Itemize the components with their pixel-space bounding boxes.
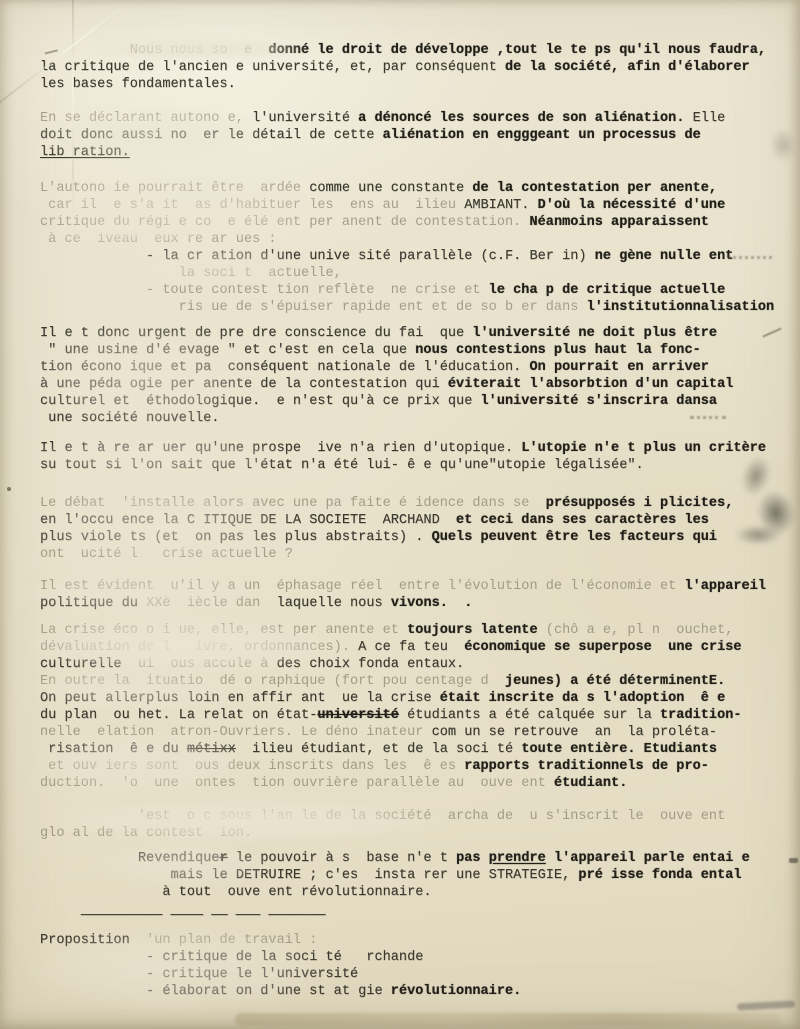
- text-run: - toute contest tion reflète ne crise et: [40, 283, 489, 298]
- text-run: lib ration.: [40, 145, 130, 160]
- text-run: ont ucité l crise actuelle ?: [40, 547, 293, 562]
- text-run: était inscrite da s l'adoption ê e: [440, 691, 726, 706]
- text-run: - élaborat on d'une st at gie: [40, 984, 391, 999]
- text-run: toujours latente: [407, 623, 546, 638]
- text-run: l'université: [252, 111, 358, 126]
- text-run: duction. 'o une ontes tion ouvrière para…: [40, 776, 554, 791]
- text-run: Nous nous so e: [130, 43, 269, 58]
- text-run: Il est évident u'il y a un éphasage réel…: [40, 579, 684, 594]
- text-run: ris ue de s'épuiser rapide ent et de so …: [40, 300, 587, 315]
- text-run: présupposés i plicites,: [546, 496, 734, 511]
- text-run: université: [317, 708, 399, 723]
- text-run: de la contestation per anente,: [472, 181, 717, 196]
- text-run: l'appareil: [684, 579, 766, 594]
- text-run: une société nouvelle.: [40, 411, 219, 426]
- text-run: métixx: [187, 742, 236, 757]
- text-run: éviterait l'absorbtion d'un capital: [448, 377, 734, 392]
- text-run: nous contestions plus haut la fonc-: [415, 343, 701, 358]
- text-run: l'institutionnalisation: [587, 300, 775, 315]
- text-run: culturel et éthodologique. e n'est qu'à …: [40, 394, 481, 409]
- text-run: L'autono ie pourrait être ardée: [40, 181, 309, 196]
- paragraph-2: En se déclarant autono e, l'université a…: [40, 110, 800, 161]
- text-run: ilieu étudiant, et de la soci té: [236, 742, 522, 757]
- text-run: révolutionnaire.: [391, 984, 522, 999]
- paragraph-9: 'est o c sous l'an le de la société arch…: [40, 808, 800, 842]
- text-run: toute entière. Etudiants: [521, 742, 717, 757]
- text-run: On pourrait en arriver: [529, 360, 708, 375]
- text-run: Il e t donc urgent de pre dre conscience…: [40, 326, 472, 341]
- text-run: Proposition: [40, 933, 138, 948]
- text-run: 'est o c sous l'an le de la société arch…: [40, 809, 725, 841]
- text-run: l'université s'inscrira dansa: [481, 394, 718, 409]
- text-run: Quels peuvent être les facteurs qui: [432, 530, 718, 545]
- text-run: tradition-: [660, 708, 742, 723]
- text-run: ui ous accule à: [130, 657, 277, 672]
- paragraph-6: Le débat 'installe alors avec une pa fai…: [40, 495, 800, 563]
- text-run: le cha p de critique actuelle: [489, 283, 726, 298]
- work-plan-paragraph: Proposition 'un plan de travail : - crit…: [40, 932, 800, 1000]
- text-run: étudiants a été calquée sur la: [399, 708, 660, 723]
- text-run: [40, 809, 130, 824]
- text-run: En se déclarant autono e,: [40, 111, 252, 126]
- text-run: à tout ouve ent révolutionnaire.: [40, 885, 432, 900]
- text-run: de la société, afin d'élaborer: [505, 60, 750, 75]
- text-run: com un se retrouve an la proléta-: [432, 725, 718, 740]
- text-run: aliénation en engggeant un processus de: [383, 128, 701, 143]
- text-run: r: [219, 851, 227, 866]
- text-run: la critique de l'ancien e université, et…: [40, 60, 505, 75]
- text-run: - critique de la soci té rchande: [40, 950, 423, 965]
- text-run: A ce fa teu: [358, 640, 464, 655]
- text-run: Le débat 'installe alors avec une pa fai…: [40, 496, 546, 511]
- text-run: Il e t à re ar uer qu'une prospe ive n'a…: [40, 441, 521, 456]
- ink-speck: [7, 487, 11, 491]
- text-run: Revendique: [40, 851, 219, 866]
- text-run: le pouvoir à s base n'e t: [228, 851, 456, 866]
- text-run: tion écono ique et pa conséquent nationa…: [40, 360, 529, 375]
- paragraph-8: La crise éco o i ue, elle, est per anent…: [40, 622, 800, 792]
- text-run: l'université ne doit plus être: [472, 326, 717, 341]
- text-run: risation ê e du: [40, 742, 187, 757]
- text-run: ―――――――――― ―――― ―― ――― ―――――――: [40, 908, 326, 923]
- paper-stain: [235, 1013, 780, 1026]
- text-run: jeunes) a été déterminentE.: [505, 674, 725, 689]
- text-run: du plan ou het. La relat on état-: [40, 708, 317, 723]
- text-run: laquelle nous: [277, 596, 391, 611]
- text-run: plus viole ts (et on pas les plus abstra…: [40, 530, 432, 545]
- text-run: pas: [456, 851, 489, 866]
- paragraph-10: Revendiquer le pouvoir à s base n'e t pa…: [40, 850, 800, 901]
- text-run: On peut allerplus loin en affir ant ue l…: [40, 691, 440, 706]
- text-run: les bases fondamentales.: [40, 77, 236, 92]
- text-run: comme une constante: [309, 181, 472, 196]
- paragraph-3: L'autono ie pourrait être ardée comme un…: [40, 180, 800, 316]
- text-run: dévaluation de l ivre, ordonnances).: [40, 640, 358, 655]
- text-run: l'appareil parle entai e: [546, 851, 750, 866]
- text-run: - critique le l'université: [40, 967, 358, 982]
- text-run: la soci t actuelle,: [40, 266, 342, 281]
- text-run: et ceci dans ses caractères les: [456, 513, 709, 528]
- text-run: à une péda ogie per anente de la contest…: [40, 377, 448, 392]
- text-run: prendre: [489, 851, 546, 866]
- text-run: Néanmoins apparaissent: [529, 215, 708, 230]
- text-run: des choix fonda entaux.: [277, 657, 465, 672]
- text-run: critique du régi e co e élé ent per anen…: [40, 215, 529, 230]
- text-run: politique du: [40, 596, 146, 611]
- text-run: ne gène nulle ent: [595, 249, 734, 264]
- paragraph-1: Nous nous so e donné le droit de dévelop…: [40, 42, 800, 93]
- text-run: à ce iveau eux re ar ues :: [40, 232, 277, 247]
- document-body: Nous nous so e donné le droit de dévelop…: [40, 42, 800, 1000]
- text-run: étudiant.: [554, 776, 627, 791]
- text-run: - la cr ation d'une unive sité parallèle…: [40, 249, 595, 264]
- text-run: car il e s'a it as d'habituer les ens au…: [40, 198, 464, 213]
- text-run: a dénoncé les sources de son aliénation.: [358, 111, 684, 126]
- text-run: D'où la nécessité d'une: [538, 198, 726, 213]
- paragraph-4: Il e t donc urgent de pre dre conscience…: [40, 325, 800, 427]
- text-run: donné le droit de développe ,tout le te …: [268, 43, 766, 58]
- text-run: rapports traditionnels de pro-: [464, 759, 709, 774]
- text-run: su tout si l'on sait que l'état n'a été …: [40, 458, 644, 473]
- text-run: et ouv iers sont ous deux inscrits dans …: [40, 759, 464, 774]
- text-run: (chô a e, pl n ouchet,: [546, 623, 734, 638]
- text-run: L'utopie n'e t plus un critère: [521, 441, 766, 456]
- paper-stain: [737, 1000, 795, 1010]
- separator-line: ―――――――――― ―――― ―― ――― ―――――――: [40, 907, 800, 924]
- paragraph-5: Il e t à re ar uer qu'une prospe ive n'a…: [40, 440, 800, 474]
- text-run: En outre la ituatio dé o raphique (fort …: [40, 674, 505, 689]
- text-run: La crise éco o i ue, elle, est per anent…: [40, 623, 407, 638]
- text-run: économique se superpose une crise: [464, 640, 741, 655]
- text-run: pré isse fonda ental: [578, 868, 741, 883]
- paragraph-7: Il est évident u'il y a un éphasage réel…: [40, 578, 800, 612]
- text-run: en l'occu ence la C ITIQUE DE LA SOCIETE…: [40, 513, 456, 528]
- text-run: AMBIANT.: [464, 198, 537, 213]
- text-run: [40, 43, 130, 58]
- text-run: mais le DETRUIRE ; c'es insta rer une ST…: [40, 868, 578, 883]
- text-run: culturelle: [40, 657, 130, 672]
- text-run: vivons. .: [391, 596, 473, 611]
- text-run: nelle elation atron-Ouvriers. Le déno in…: [40, 725, 432, 740]
- text-run: " une usine d'é evage " et c'est en cela…: [40, 343, 415, 358]
- document-page: Nous nous so e donné le droit de dévelop…: [0, 0, 800, 1029]
- text-run: 'un plan de travail :: [138, 933, 317, 948]
- text-run: XXè iècle dan: [146, 596, 277, 611]
